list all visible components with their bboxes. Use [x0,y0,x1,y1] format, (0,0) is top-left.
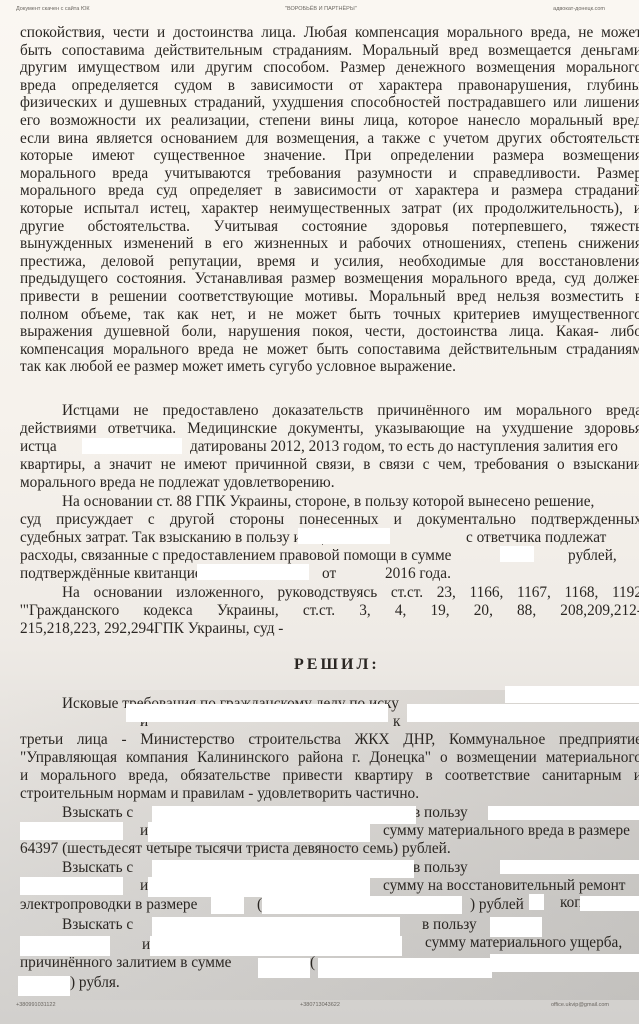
text-line: от [322,565,336,583]
text-line: судебных затрат. Так взысканию в пользу … [20,529,330,547]
page-footer: +380991031122 +380713043622 office.ukvip… [0,1002,639,1016]
text-line: предыдущегосостояния.Устанавливаяразмерв… [20,270,639,288]
text-line: компенсацияморальноговреданеможетбытьсоп… [20,341,639,359]
redaction-box [258,958,310,978]
text-line: "УправляющаякомпанияКалининскогорайонаг.… [20,749,639,767]
text-line: с ответчика подлежат [466,529,606,547]
redaction-box [505,686,639,703]
text-line: в пользу [422,916,477,934]
redaction-box [18,976,70,996]
header-site: адвокат-донецк.com [553,6,605,12]
text-line: На основании ст. 88 ГПК Украины, стороне… [62,493,594,511]
text-line: ) рублей [470,896,524,914]
text-line: рублей, [568,547,617,565]
redaction-box [580,896,639,911]
text-line: другиеобстоятельства.Учитываясостояниезд… [20,218,639,236]
text-line: моральноговредасудопределяетвзависимости… [20,182,639,200]
text-line: есливинаявляетсяоснованиемдлявозмещения,… [20,130,639,148]
redaction-box [262,896,462,914]
text-line: электропроводки в размере [20,896,197,914]
text-line: физическихидушевныхстраданий,ухудшениясп… [20,94,639,112]
redaction-box [20,822,123,840]
text-line: иморальноговреда,обязательствепривестикв… [20,767,639,785]
redaction-box [318,958,492,978]
text-line: которыеиспыталистец,характернеимуществен… [20,200,639,218]
redaction-box [488,806,639,820]
text-line: строительным нормам и правилам - удовлет… [20,785,419,803]
redaction-box [152,860,414,878]
text-line: действиямиответчика.Медицинскиедокументы… [20,420,639,438]
text-line: Наоснованииизложенного,руководствуясьст.… [62,584,639,602]
text-line: выражениядушевнойболи,нарушенияпокоя,чес… [20,323,639,341]
footer-email: office.ukvip@gmail.com [551,1002,609,1008]
redaction-box [490,954,639,972]
header-firm: "ВОРОБЬЁВ И ПАРТНЁРЫ" [285,6,357,12]
redaction-box [211,896,244,914]
text-line: квартиры,азначитнеимеютпричиннойсвязи,вс… [20,456,639,474]
redaction-box [197,564,287,580]
text-line: полномобъеме,таккакнет,инеможетбытьточны… [20,306,639,324]
text-line: ) рубля. [70,974,120,992]
decision-title: РЕШИЛ: [294,656,380,674]
text-line: спокойствия,честиидостоинствалица.Любаяк… [20,24,639,42]
text-line: к [393,713,400,731]
redaction-box [279,564,309,580]
text-line: которыеимеютсущественноезначение.Приопре… [20,147,639,165]
redaction-box [148,822,370,842]
text-line: вынужденныхизмененийвегожизненныхирабочи… [20,235,639,253]
redaction-box [500,860,639,874]
text-line: сумму на восстановительный ремонт [383,877,626,895]
text-line: моральноговредаучитываютсятребованияразу… [20,165,639,183]
redaction-box [500,546,534,562]
text-line: и [142,936,150,954]
redaction-box [298,528,390,544]
text-line: еговозможностиихреализации,степенивиныли… [20,112,639,130]
text-line: '"ГражданскогокодексаУкраины,ст.ст.3,4,1… [20,602,639,620]
text-line: и [140,822,148,840]
text-line: расходы, связанные с предоставлением пра… [20,547,490,565]
text-line: другимимуществомилидругимспособом.Размер… [20,59,639,77]
scanned-document-page: Документ скачен с сайта ЮК "ВОРОБЬЁВ И П… [0,0,639,1024]
text-line: так как любой ее размер может иметь сугу… [20,358,456,376]
redaction-box [150,936,402,956]
redaction-box [152,917,400,937]
text-line: и [140,877,148,895]
page-header: Документ скачен с сайта ЮК "ВОРОБЬЁВ И П… [0,6,639,20]
text-line: 2016 года. [385,565,451,583]
redaction-box [148,877,370,897]
text-line: в пользу [413,804,468,822]
footer-phone-2: +380713043622 [300,1002,340,1008]
redaction-box [407,704,639,722]
text-line: причинённого залитием в сумме [20,954,231,972]
redaction-box [126,704,388,722]
text-line: Взыскать с [62,916,133,934]
redaction-box [20,936,110,956]
redaction-box [82,438,182,454]
text-line: третьилица-МинистерствостроительстваЖКХД… [20,731,639,749]
header-source: Документ скачен с сайта ЮК [16,6,90,12]
text-line: Взыскать с [62,859,133,877]
text-line: 64397 (шестьдесят четыре тысячи триста д… [20,840,451,858]
text-line: вредаопределяетсясудомвзависимостиотхара… [20,77,639,95]
text-line: морального вреда не подлежат удовлетворе… [20,474,335,492]
redaction-box [529,894,544,910]
redaction-box [20,877,123,895]
text-line: ( [310,954,315,972]
redaction-box [490,917,542,937]
text-line: бытьсопоставимадействительнымстраданиям.… [20,42,639,60]
text-line: престижа,деловойрепутации,времяиусилия,н… [20,253,639,271]
text-line: 215,218,223, 292,294ГПК Украины, суд - [20,620,283,638]
text-line: в пользу [413,859,468,877]
text-line: Истцаминепредоставленодоказательствпричи… [62,402,639,420]
text-line: истца [20,438,57,456]
text-line: судприсуждаетсдругойстороныпонесенныхидо… [20,511,639,529]
text-line: привестиврешениисоответствующиемотивы.Мо… [20,288,639,306]
text-line: сумму материального вреда в размере [383,822,630,840]
footer-phone-1: +380991031122 [16,1002,56,1008]
text-line: датированы 2012, 2013 годом, то есть до … [190,438,618,456]
text-line: Взыскать с [62,804,133,822]
